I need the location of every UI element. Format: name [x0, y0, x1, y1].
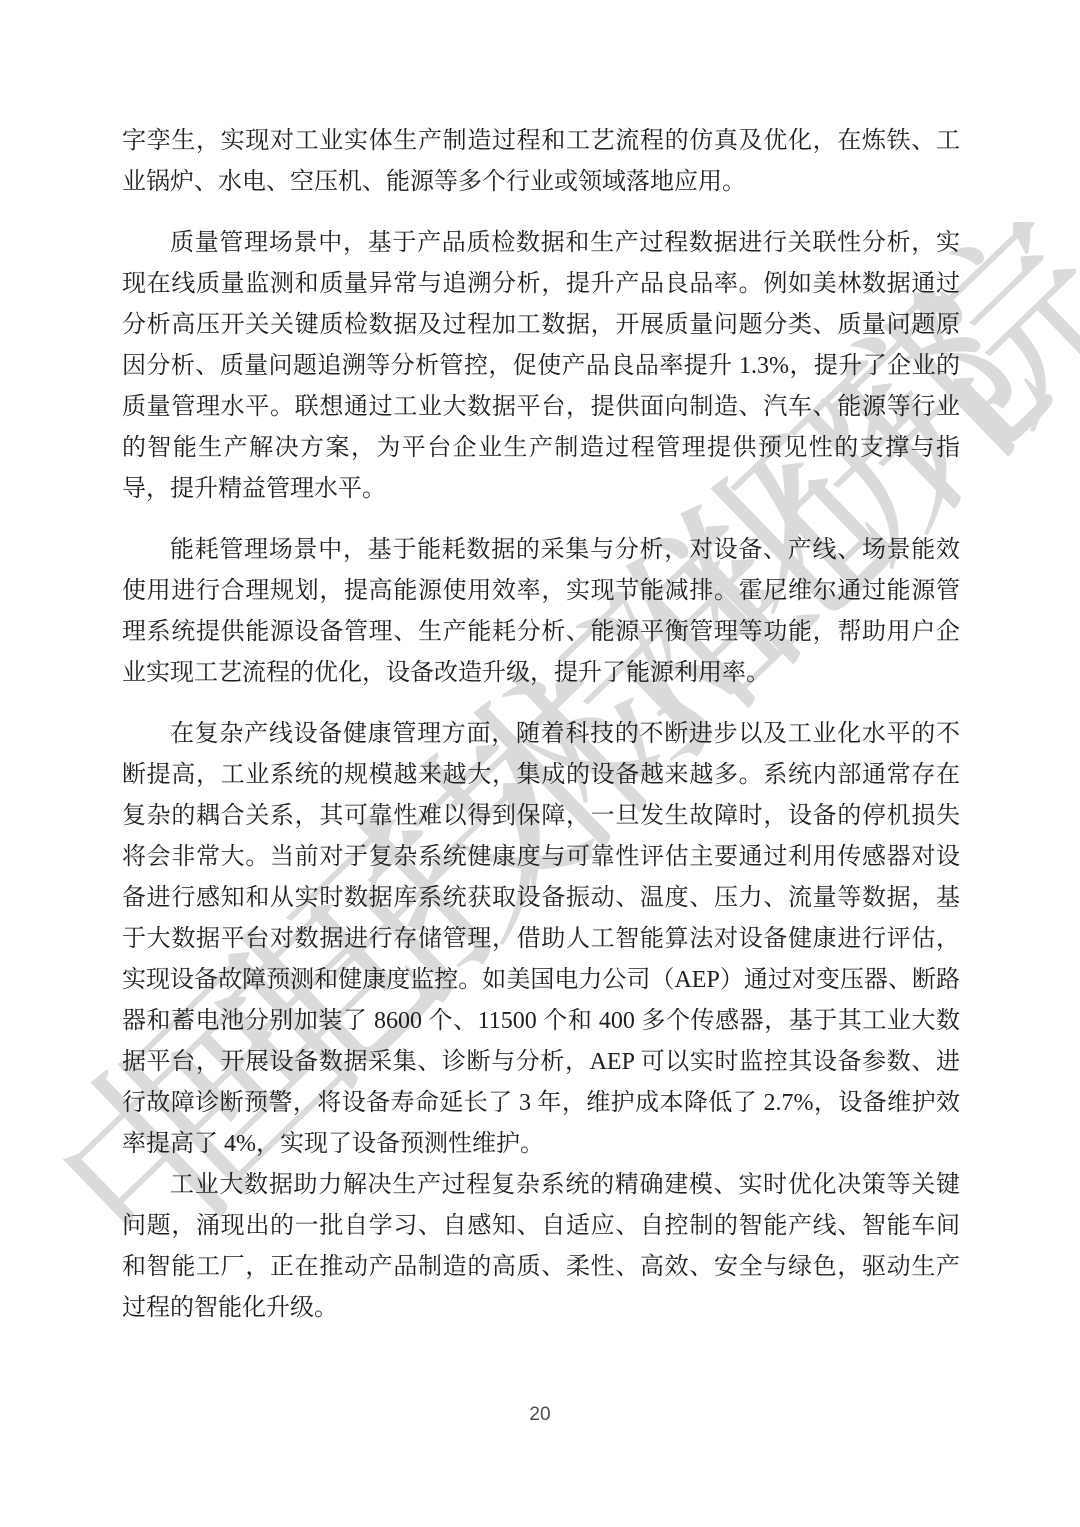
- document-page: 中国电子技术标准化研究院 字孪生，实现对工业实体生产制造过程和工艺流程的仿真及优…: [0, 0, 1080, 1527]
- page-body: 字孪生，实现对工业实体生产制造过程和工艺流程的仿真及优化，在炼铁、工业锅炉、水电…: [0, 0, 1080, 1329]
- paragraph-continuation: 字孪生，实现对工业实体生产制造过程和工艺流程的仿真及优化，在炼铁、工业锅炉、水电…: [122, 121, 960, 203]
- page-footer: 20: [0, 1404, 1080, 1426]
- page-number: 20: [529, 1404, 550, 1425]
- paragraph-equipment-health: 在复杂产线设备健康管理方面，随着科技的不断进步以及工业化水平的不断提高，工业系统…: [122, 714, 960, 1165]
- paragraph-quality-management: 质量管理场景中，基于产品质检数据和生产过程数据进行关联性分析，实现在线质量监测和…: [122, 223, 960, 510]
- paragraph-conclusion: 工业大数据助力解决生产过程复杂系统的精确建模、实时优化决策等关键问题，涌现出的一…: [122, 1165, 960, 1329]
- paragraph-energy-management: 能耗管理场景中，基于能耗数据的采集与分析，对设备、产线、场景能效使用进行合理规划…: [122, 530, 960, 694]
